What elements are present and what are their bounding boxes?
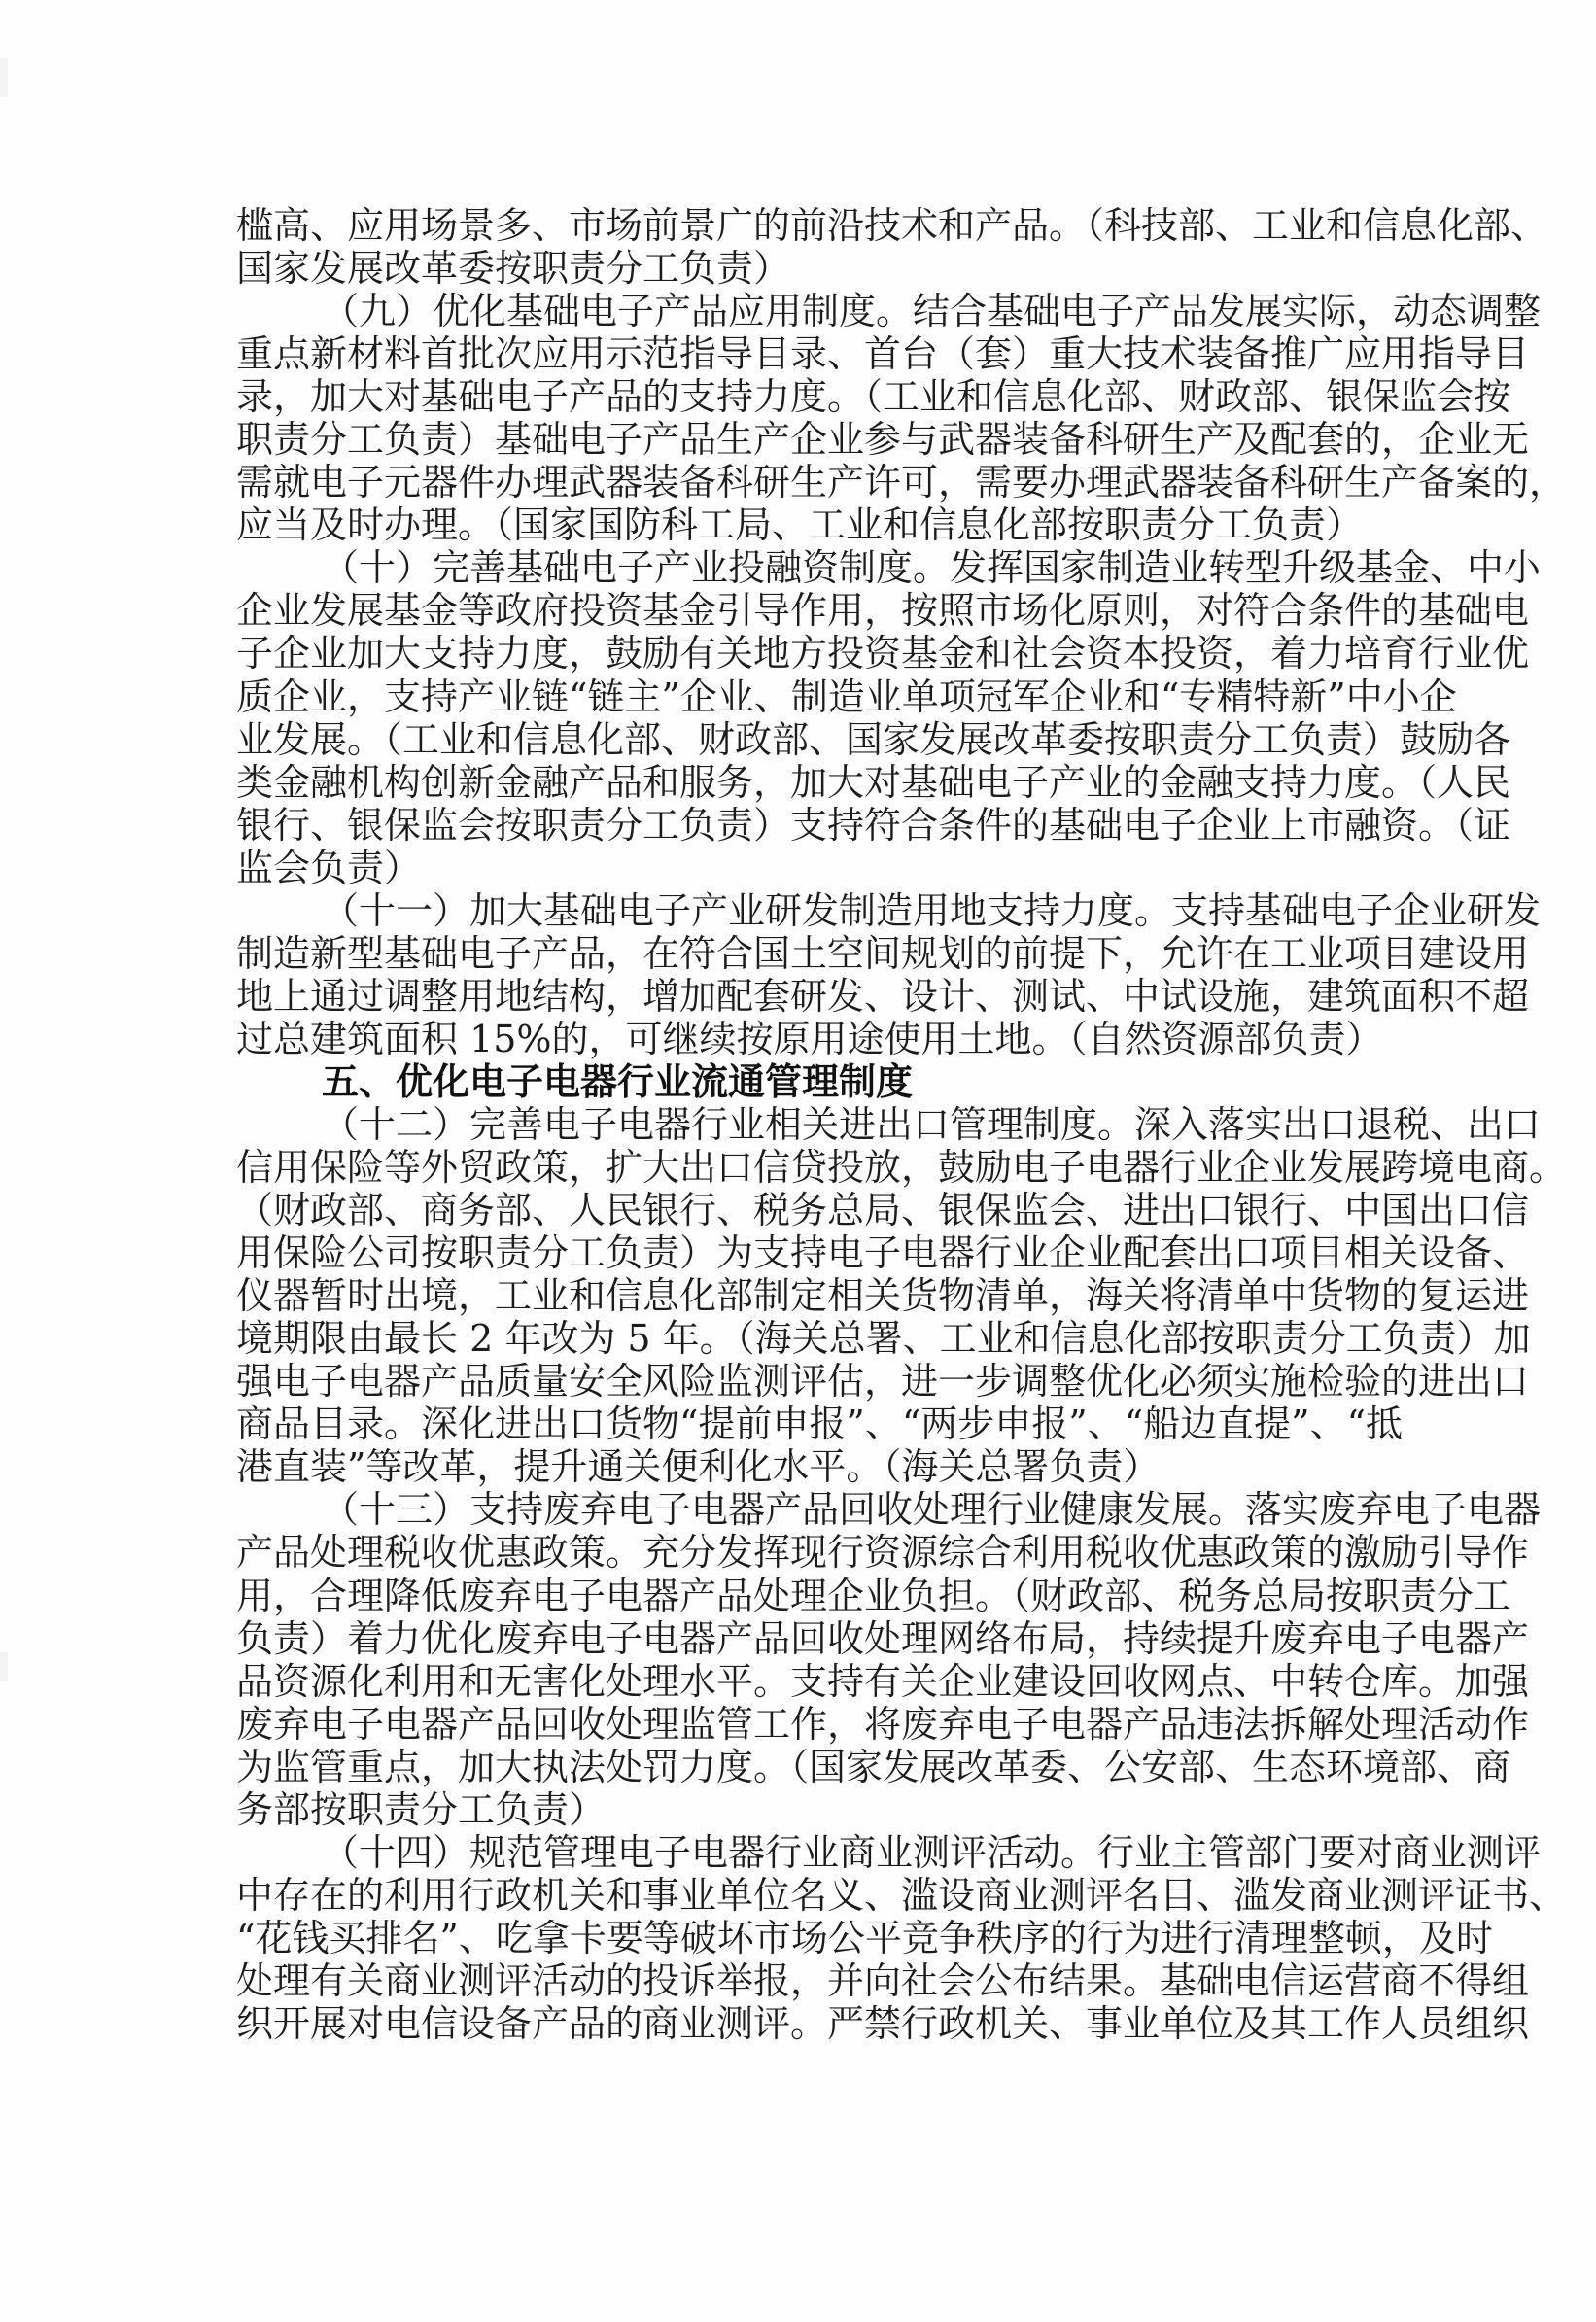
text-line: （十二）完善电子电器行业相关进出口管理制度。深入落实出口退税、出口 (236, 1103, 1350, 1146)
scan-artifact (0, 1652, 8, 1681)
document-page: 槛高、应用场景多、市场前景广的前沿技术和产品。（科技部、工业和信息化部、 国家发… (0, 0, 1596, 2322)
text-line: 监会负责） (236, 847, 1350, 889)
text-line: 国家发展改革委按职责分工负责） (236, 247, 1350, 290)
document-body: 槛高、应用场景多、市场前景广的前沿技术和产品。（科技部、工业和信息化部、 国家发… (236, 204, 1350, 2045)
text-line: （十）完善基础电子产业投融资制度。发挥国家制造业转型升级基金、中小 (236, 546, 1350, 589)
text-line: 用，合理降低废弃电子电器产品处理企业负担。（财政部、税务总局按职责分工 (236, 1575, 1350, 1617)
text-line: 子企业加大支持力度，鼓励有关地方投资基金和社会资本投资，着力培育行业优 (236, 632, 1350, 675)
text-line: 信用保险等外贸政策，扩大出口信贷投放，鼓励电子电器行业企业发展跨境电商。 (236, 1146, 1350, 1189)
text-line: 处理有关商业测评活动的投诉举报，并向社会公布结果。基础电信运营商不得组 (236, 1959, 1350, 2002)
text-line: （十三）支持废弃电子电器产品回收处理行业健康发展。落实废弃电子电器 (236, 1488, 1350, 1531)
text-line: 过总建筑面积 15%的，可继续按原用途使用土地。（自然资源部负责） (236, 1018, 1350, 1060)
text-line: （十四）规范管理电子电器行业商业测评活动。行业主管部门要对商业测评 (236, 1831, 1350, 1874)
text-line: “花钱买排名”、吃拿卡要等破坏市场公平竞争秩序的行为进行清理整顿，及时 (236, 1917, 1350, 1959)
text-line: 业发展。（工业和信息化部、财政部、国家发展改革委按职责分工负责）鼓励各 (236, 718, 1350, 761)
text-line: 负责）着力优化废弃电子电器产品回收处理网络布局，持续提升废弃电子电器产 (236, 1617, 1350, 1660)
text-line: 银行、银保监会按职责分工负责）支持符合条件的基础电子企业上市融资。（证 (236, 804, 1350, 847)
text-line: 需就电子元器件办理武器装备科研生产许可，需要办理武器装备科研生产备案的， (236, 461, 1350, 503)
text-line: 企业发展基金等政府投资基金引导作用，按照市场化原则，对符合条件的基础电 (236, 589, 1350, 632)
section-heading: 五、优化电子电器行业流通管理制度 (236, 1060, 1350, 1103)
text-line: （九）优化基础电子产品应用制度。结合基础电子产品发展实际，动态调整 (236, 290, 1350, 332)
text-line: 仪器暂时出境，工业和信息化部制定相关货物清单，海关将清单中货物的复运进 (236, 1274, 1350, 1317)
text-line: 强电子电器产品质量安全风险监测评估，进一步调整优化必须实施检验的进出口 (236, 1360, 1350, 1403)
text-line: 职责分工负责）基础电子产品生产企业参与武器装备科研生产及配套的，企业无 (236, 418, 1350, 461)
text-line: （财政部、商务部、人民银行、税务总局、银保监会、进出口银行、中国出口信 (236, 1189, 1350, 1231)
text-line: 重点新材料首批次应用示范指导目录、首台（套）重大技术装备推广应用指导目 (236, 332, 1350, 375)
text-line: 为监管重点，加大执法处罚力度。（国家发展改革委、公安部、生态环境部、商 (236, 1746, 1350, 1788)
text-line: 地上通过调整用地结构，增加配套研发、设计、测试、中试设施，建筑面积不超 (236, 975, 1350, 1018)
text-line: 用保险公司按职责分工负责）为支持电子电器行业企业配套出口项目相关设备、 (236, 1231, 1350, 1274)
text-line: 应当及时办理。（国家国防科工局、工业和信息化部按职责分工负责） (236, 503, 1350, 546)
text-line: 织开展对电信设备产品的商业测评。严禁行政机关、事业单位及其工作人员组织 (236, 2002, 1350, 2045)
text-line: 商品目录。深化进出口货物“提前申报”、“两步申报”、“船边直提”、“抵 (236, 1403, 1350, 1445)
text-line: 品资源化利用和无害化处理水平。支持有关企业建设回收网点、中转仓库。加强 (236, 1660, 1350, 1703)
text-line: 制造新型基础电子产品，在符合国土空间规划的前提下，允许在工业项目建设用 (236, 932, 1350, 975)
text-line: 中存在的利用行政机关和事业单位名义、滥设商业测评名目、滥发商业测评证书、 (236, 1874, 1350, 1917)
text-line: 录，加大对基础电子产品的支持力度。（工业和信息化部、财政部、银保监会按 (236, 375, 1350, 418)
text-line: （十一）加大基础电子产业研发制造用地支持力度。支持基础电子企业研发 (236, 889, 1350, 932)
text-line: 质企业，支持产业链“链主”企业、制造业单项冠军企业和“专精特新”中小企 (236, 676, 1350, 718)
text-line: 类金融机构创新金融产品和服务，加大对基础电子产业的金融支持力度。（人民 (236, 761, 1350, 804)
text-line: 槛高、应用场景多、市场前景广的前沿技术和产品。（科技部、工业和信息化部、 (236, 204, 1350, 247)
text-line: 境期限由最长 2 年改为 5 年。（海关总署、工业和信息化部按职责分工负责）加 (236, 1317, 1350, 1360)
text-line: 务部按职责分工负责） (236, 1788, 1350, 1831)
scan-artifact (0, 58, 8, 97)
text-line: 港直装”等改革，提升通关便利化水平。（海关总署负责） (236, 1445, 1350, 1488)
text-line: 产品处理税收优惠政策。充分发挥现行资源综合利用税收优惠政策的激励引导作 (236, 1531, 1350, 1574)
text-line: 废弃电子电器产品回收处理监管工作，将废弃电子电器产品违法拆解处理活动作 (236, 1703, 1350, 1746)
